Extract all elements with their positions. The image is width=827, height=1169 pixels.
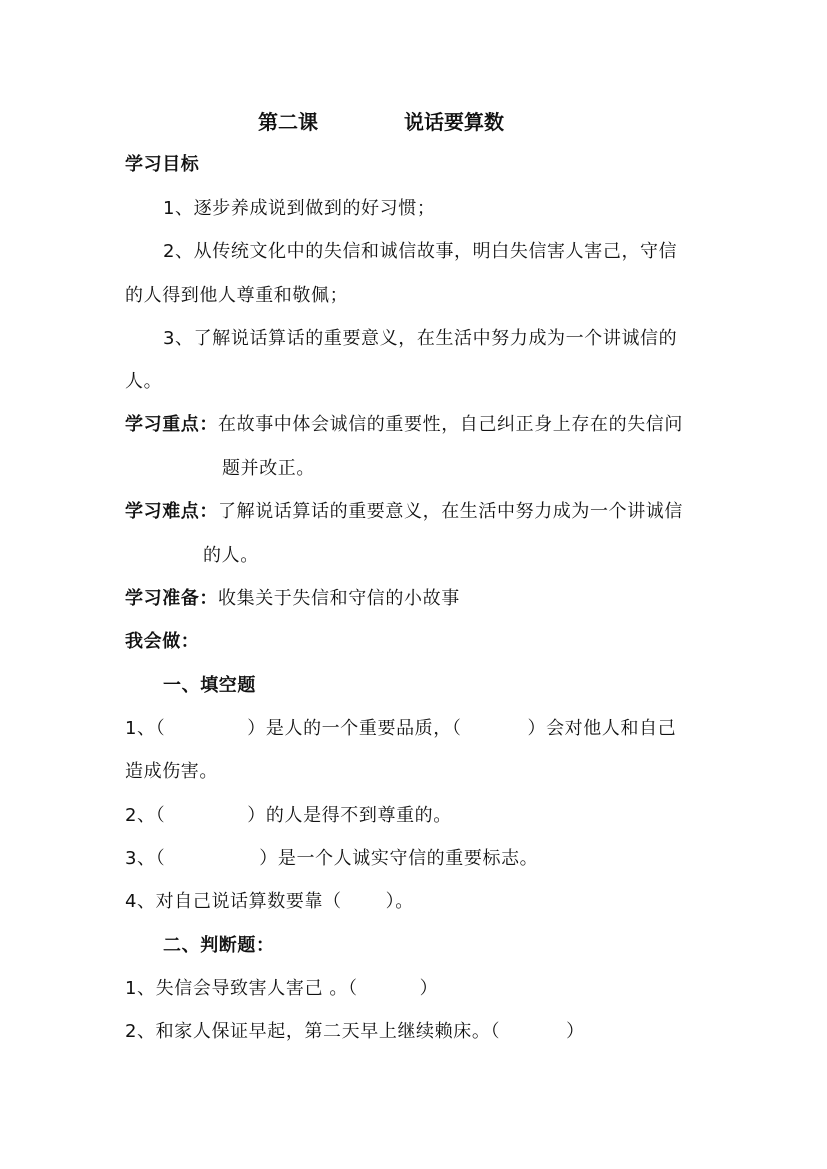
difficulties-label: 学习难点：	[125, 501, 218, 522]
item-text: ）。	[386, 891, 414, 912]
lesson-number: 第二课	[258, 109, 318, 135]
objective-number: 3、	[163, 328, 194, 349]
preparation-line: 学习准备：收集关于失信和守信的小故事	[125, 587, 705, 611]
true-false-heading: 二、判断题：	[163, 934, 743, 958]
true-false-item-2: 2、和家人保证早起，第二天早上继续赖床。（）	[125, 1020, 705, 1044]
difficulties-line2: 的人。	[203, 544, 783, 568]
true-false-item-1: 1、失信会导致害人害己 。（）	[125, 977, 705, 1001]
fill-blank-item-4: 4、对自己说话算数要靠（）。	[125, 890, 705, 914]
fill-blank-item-2: 2、（）的人是得不到尊重的。	[125, 804, 705, 828]
item-number: 4、	[125, 891, 156, 912]
key-points-line2: 题并改正。	[222, 457, 802, 481]
objective-item-3-line1: 3、了解说话算话的重要意义，在生活中努力成为一个讲诚信的	[163, 327, 703, 351]
objectives-heading: 学习目标	[125, 153, 705, 177]
item-text: 和家人保证早起，第二天早上继续赖床。（	[156, 1021, 500, 1042]
fill-blank-item-1-line1: 1、（）是人的一个重要品质，（）会对他人和自己	[125, 717, 705, 741]
open-paren: （	[156, 805, 166, 826]
item-number: 3、	[125, 848, 156, 869]
practice-heading: 我会做：	[125, 630, 705, 654]
document-page: 第二课 说话要算数 学习目标 1、逐步养成说到做到的好习惯； 2、从传统文化中的…	[0, 0, 827, 1169]
key-points-line1: 学习重点：在故事中体会诚信的重要性，自己纠正身上存在的失信问	[125, 413, 705, 437]
preparation-label: 学习准备：	[125, 588, 218, 609]
close-paren: ）	[420, 978, 439, 999]
item-number: 1、	[125, 978, 156, 999]
fill-blank-item-1-line2: 造成伤害。	[125, 760, 705, 784]
item-number: 1、	[125, 718, 156, 739]
item-text: ）是人的一个重要品质，（	[247, 718, 461, 739]
open-paren: （	[156, 718, 166, 739]
close-paren: ）	[566, 1021, 585, 1042]
item-number: 2、	[125, 1021, 156, 1042]
difficulties-text: 了解说话算话的重要意义，在生活中努力成为一个讲诚信	[218, 501, 683, 522]
objective-item-2-line2: 的人得到他人尊重和敬佩；	[125, 284, 705, 308]
key-points-label: 学习重点：	[125, 414, 218, 435]
lesson-name: 说话要算数	[404, 109, 504, 135]
item-number: 2、	[125, 805, 156, 826]
item-text: 失信会导致害人害己 。（	[156, 978, 358, 999]
key-points-text: 在故事中体会诚信的重要性，自己纠正身上存在的失信问	[218, 414, 683, 435]
objective-text: 从传统文化中的失信和诚信故事，明白失信害人害己，守信	[194, 241, 678, 262]
difficulties-line1: 学习难点：了解说话算话的重要意义，在生活中努力成为一个讲诚信	[125, 500, 705, 524]
objective-item-2-line1: 2、从传统文化中的失信和诚信故事，明白失信害人害己，守信	[163, 240, 703, 264]
objective-item-3-line2: 人。	[125, 370, 705, 394]
item-text: ）的人是得不到尊重的。	[247, 805, 452, 826]
preparation-text: 收集关于失信和守信的小故事	[218, 588, 460, 609]
open-paren: （	[156, 848, 166, 869]
objective-item-1: 1、逐步养成说到做到的好习惯；	[163, 197, 743, 221]
objective-text: 逐步养成说到做到的好习惯；	[194, 198, 436, 219]
item-text: 对自己说话算数要靠（	[156, 891, 342, 912]
fill-blank-item-3: 3、（）是一个人诚实守信的重要标志。	[125, 847, 705, 871]
item-text: ）是一个人诚实守信的重要标志。	[259, 848, 538, 869]
objective-number: 1、	[163, 198, 194, 219]
objective-number: 2、	[163, 241, 194, 262]
objective-text: 了解说话算话的重要意义，在生活中努力成为一个讲诚信的	[194, 328, 678, 349]
item-text: ）会对他人和自己	[527, 718, 676, 739]
fill-blank-heading: 一、填空题	[163, 674, 743, 698]
